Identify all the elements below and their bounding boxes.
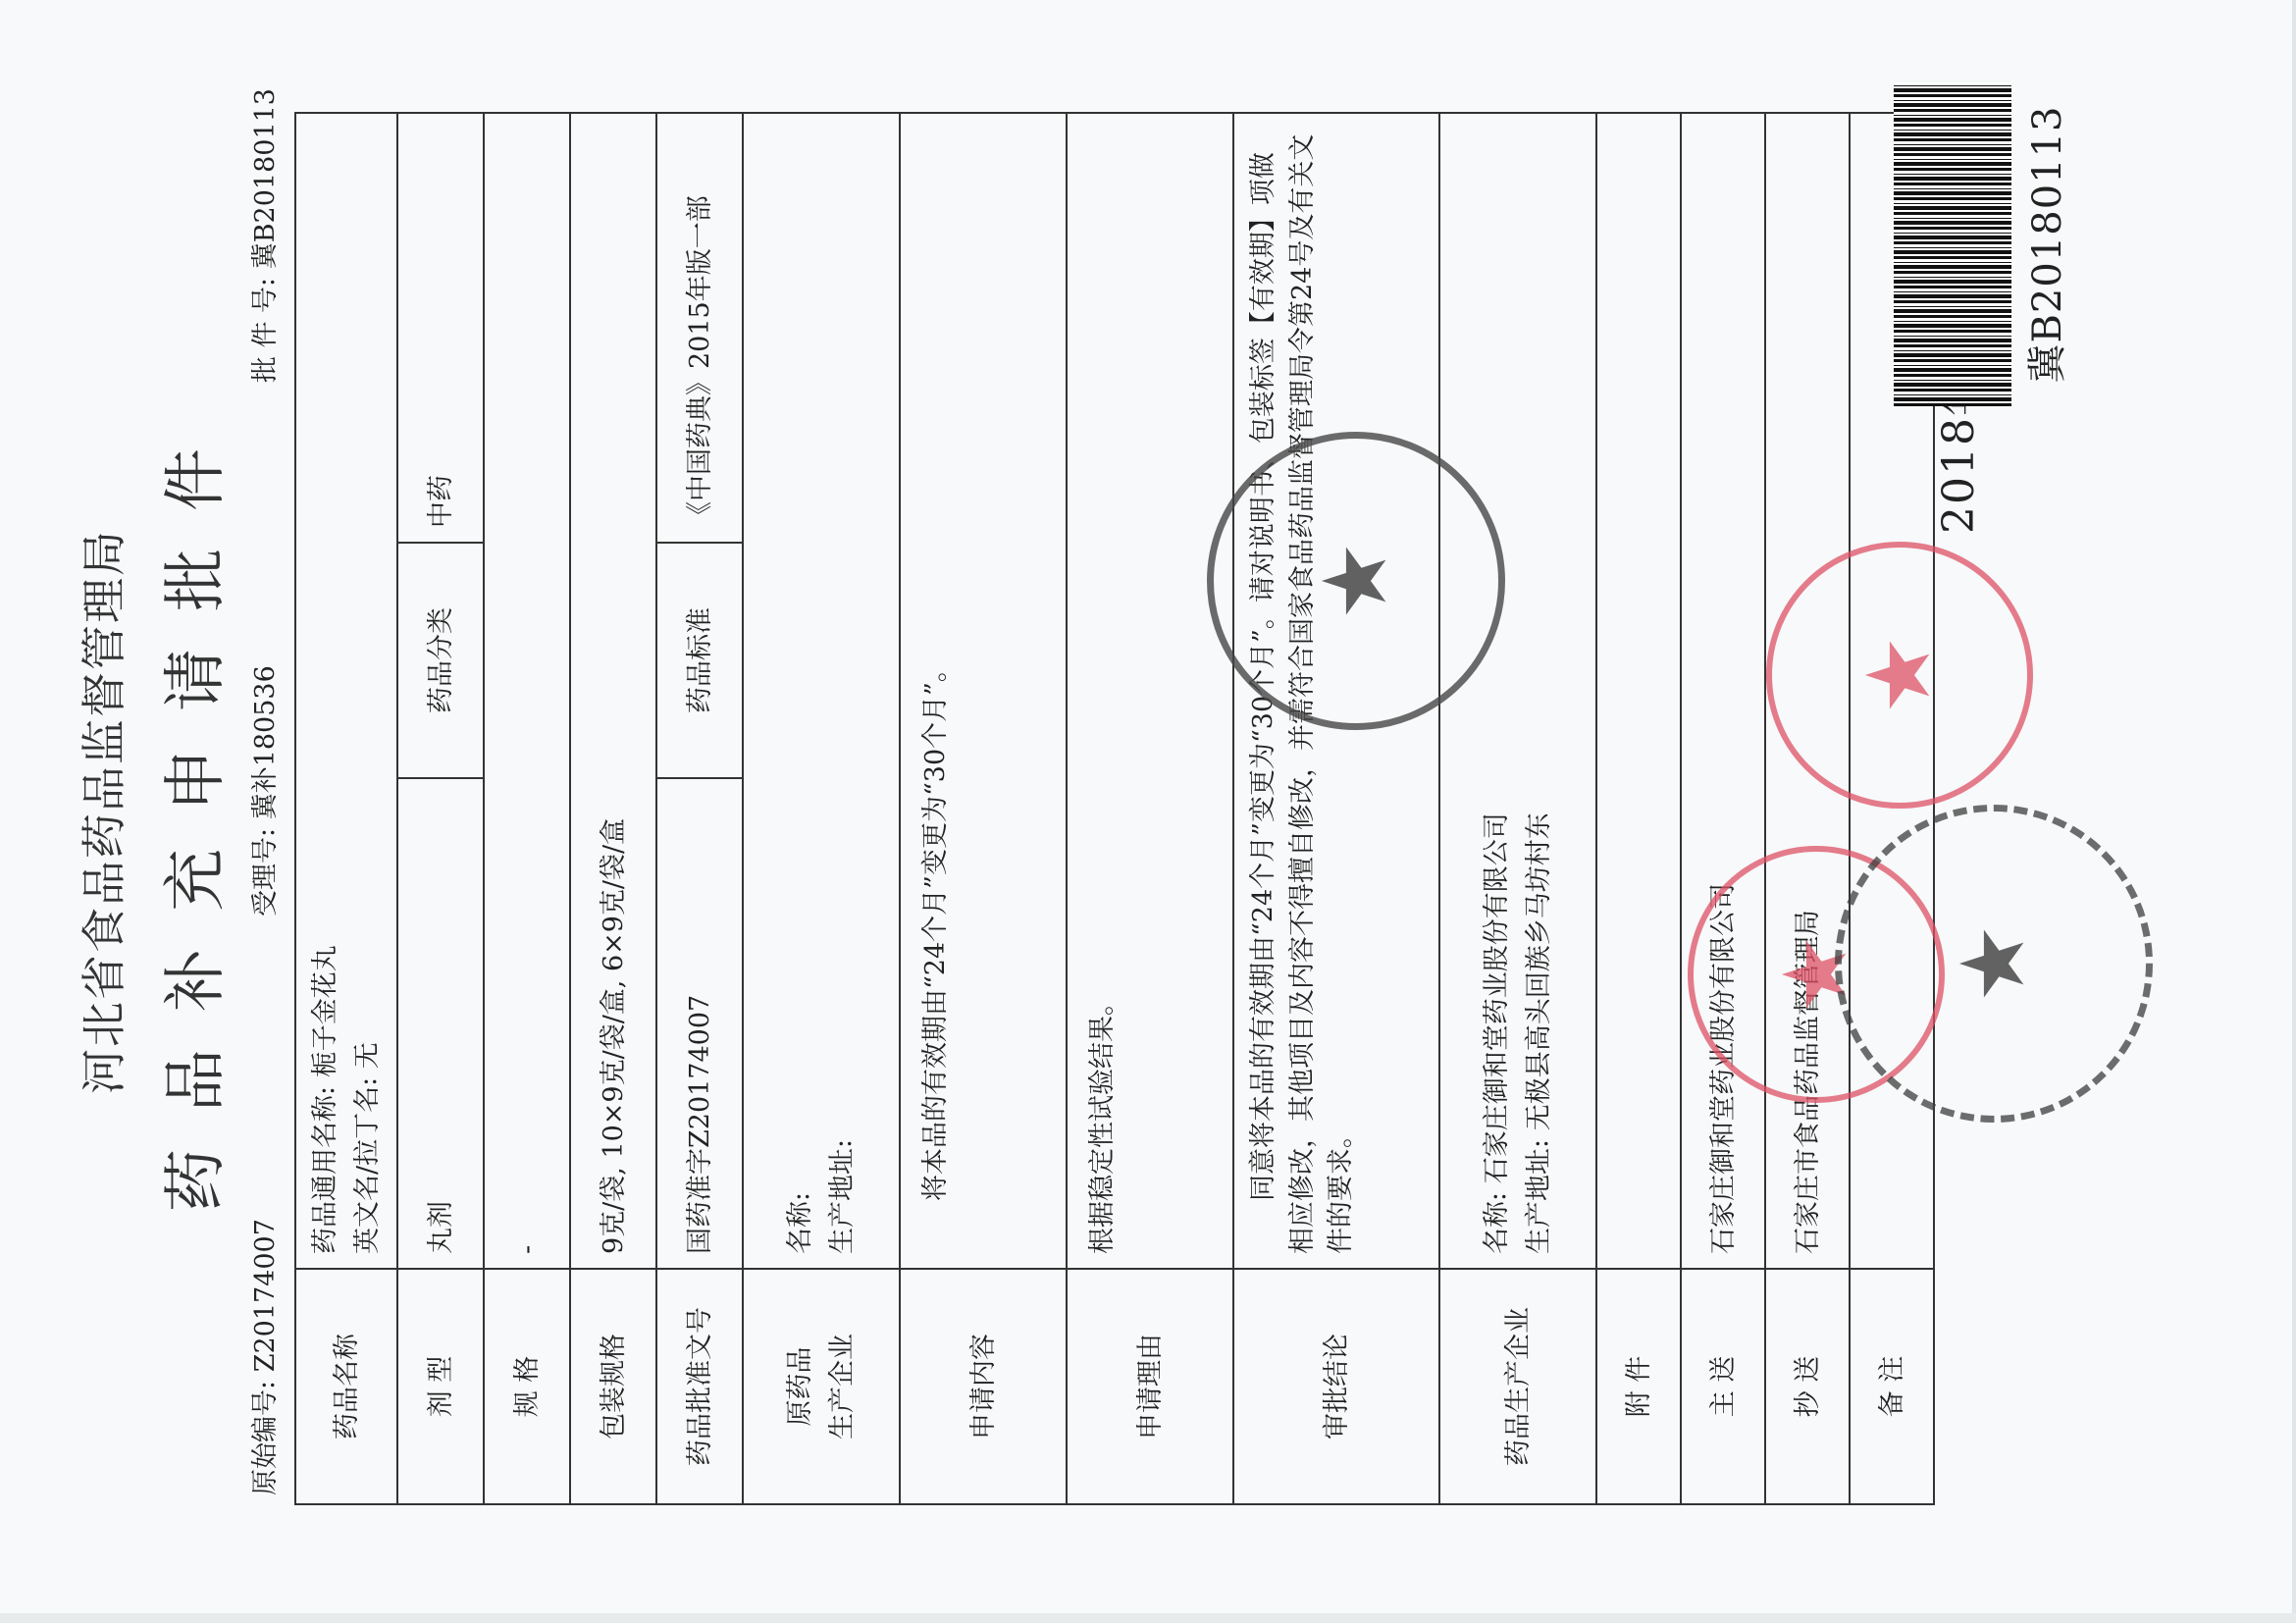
row-application-content: 申请内容 将本品的有效期由“24个月”变更为“30个月”。	[900, 113, 1067, 1504]
row-cc: 抄 送 石家庄市食品药品监督管理局	[1765, 113, 1850, 1504]
application-reason-label: 申请理由	[1067, 1269, 1233, 1504]
original-manufacturer-cell: 名称: 生产地址:	[743, 113, 900, 1269]
original-manufacturer-address: 生产地址:	[821, 128, 863, 1254]
cc-value: 石家庄市食品药品监督管理局	[1765, 113, 1850, 1269]
attachments-value	[1596, 113, 1681, 1269]
original-manufacturer-label-line2: 生产企业	[821, 1283, 863, 1490]
acceptance-number-label: 受理号:	[250, 828, 281, 916]
drug-name-label: 药品名称	[295, 1269, 397, 1504]
dosage-form-label: 剂 型	[397, 1269, 484, 1504]
document-title: 药品补充申请批件	[145, 0, 235, 1623]
row-original-manufacturer: 原药品 生产企业 名称: 生产地址:	[743, 113, 900, 1504]
manufacturer-cell: 名称: 石家庄御和堂药业股份有限公司 生产地址: 无极县高头回族乡马坊村东	[1439, 113, 1596, 1269]
document-meta: 原始编号: Z20174007 受理号: 冀补180536 批 件 号: 冀B2…	[243, 88, 283, 1495]
row-specification: 规 格 -	[484, 113, 570, 1504]
attachments-label: 附 件	[1596, 1269, 1681, 1504]
main-recipient-label: 主 送	[1681, 1269, 1765, 1504]
original-number-value: Z20174007	[250, 1219, 281, 1372]
cc-label: 抄 送	[1765, 1269, 1850, 1504]
generic-name-label: 药品通用名称:	[310, 1086, 340, 1254]
manufacturer-name: 名称: 石家庄御和堂药业股份有限公司	[1476, 128, 1518, 1254]
standard-label: 药品标准	[656, 543, 743, 778]
manufacturer-name-value: 石家庄御和堂药业股份有限公司	[1482, 812, 1512, 1183]
specification-value: -	[484, 113, 570, 1269]
row-manufacturer: 药品生产企业 名称: 石家庄御和堂药业股份有限公司 生产地址: 无极县高头回族乡…	[1439, 113, 1596, 1504]
remarks-label: 备 注	[1850, 1269, 1934, 1504]
document-page: 河北省食品药品监督管理局 药品补充申请批件 原始编号: Z20174007 受理…	[0, 0, 2296, 1623]
seal-star-icon: ★	[1950, 924, 2038, 1004]
row-attachments: 附 件	[1596, 113, 1681, 1504]
original-manufacturer-address-label: 生产地址:	[827, 1139, 858, 1254]
original-number: 原始编号: Z20174007	[243, 1219, 282, 1495]
issuing-agency: 河北省食品药品监督管理局	[69, 0, 133, 1623]
approval-number: 批 件 号: 冀B20180113	[243, 88, 282, 383]
english-name: 英文名/拉丁名: 无	[346, 128, 389, 1254]
classification-value: 中药	[397, 113, 484, 543]
dosage-form-value: 丸剂	[397, 778, 484, 1269]
barcode-label: 冀B20180113	[2016, 82, 2072, 406]
conclusion-value: 同意将本品的有效期由“24个月”变更为“30个月”。请对说明书、包装标签【有效期…	[1233, 113, 1439, 1269]
generic-name-value: 栀子金花丸	[310, 945, 340, 1077]
original-number-label: 原始编号:	[250, 1381, 281, 1495]
classification-label: 药品分类	[397, 543, 484, 778]
row-approval-doc: 药品批准文号 国药准字Z20174007 药品标准 《中国药典》2015年版一部	[656, 113, 743, 1504]
manufacturer-address: 生产地址: 无极县高头回族乡马坊村东	[1518, 128, 1560, 1254]
approval-number-label: 批 件 号:	[250, 278, 281, 383]
row-application-reason: 申请理由 根据稳定性试验结果。	[1067, 113, 1233, 1504]
packaging-label: 包装规格	[570, 1269, 656, 1504]
standard-value: 《中国药典》2015年版一部	[656, 113, 743, 543]
original-manufacturer-label: 原药品 生产企业	[743, 1269, 900, 1504]
english-name-value: 无	[352, 1042, 383, 1069]
row-drug-name: 药品名称 药品通用名称: 栀子金花丸 英文名/拉丁名: 无	[295, 113, 397, 1504]
application-reason-value: 根据稳定性试验结果。	[1067, 113, 1233, 1269]
main-recipient-value: 石家庄御和堂药业股份有限公司	[1681, 113, 1765, 1269]
barcode	[1894, 82, 2011, 406]
row-main-recipient: 主 送 石家庄御和堂药业股份有限公司	[1681, 113, 1765, 1504]
acceptance-number: 受理号: 冀补180536	[243, 665, 282, 916]
original-manufacturer-name-label: 名称:	[785, 1192, 815, 1254]
specification-label: 规 格	[484, 1269, 570, 1504]
row-packaging: 包装规格 9克/袋, 10×9克/袋/盒, 6×9克/袋/盒	[570, 113, 656, 1504]
manufacturer-name-label: 名称:	[1482, 1192, 1512, 1254]
approval-number-value: 冀B20180113	[250, 88, 281, 269]
manufacturer-address-value: 无极县高头回族乡马坊村东	[1524, 812, 1554, 1130]
approval-form-table: 药品名称 药品通用名称: 栀子金花丸 英文名/拉丁名: 无 剂 型 丸剂 药品分…	[294, 112, 1935, 1505]
original-manufacturer-name: 名称:	[779, 128, 821, 1254]
row-conclusion: 审批结论 同意将本品的有效期由“24个月”变更为“30个月”。请对说明书、包装标…	[1233, 113, 1439, 1504]
application-content-label: 申请内容	[900, 1269, 1067, 1504]
acceptance-number-value: 冀补180536	[250, 665, 281, 819]
approval-doc-label: 药品批准文号	[656, 1269, 743, 1504]
generic-name: 药品通用名称: 栀子金花丸	[304, 128, 346, 1254]
manufacturer-address-label: 生产地址:	[1524, 1139, 1554, 1254]
row-dosage-form: 剂 型 丸剂 药品分类 中药	[397, 113, 484, 1504]
english-name-label: 英文名/拉丁名:	[352, 1077, 383, 1254]
approval-doc-value: 国药准字Z20174007	[656, 778, 743, 1269]
manufacturer-label: 药品生产企业	[1439, 1269, 1596, 1504]
drug-name-cell: 药品通用名称: 栀子金花丸 英文名/拉丁名: 无	[295, 113, 397, 1269]
application-content-value: 将本品的有效期由“24个月”变更为“30个月”。	[900, 113, 1067, 1269]
original-manufacturer-label-line1: 原药品	[779, 1283, 821, 1490]
packaging-value: 9克/袋, 10×9克/袋/盒, 6×9克/袋/盒	[570, 113, 656, 1269]
conclusion-label: 审批结论	[1233, 1269, 1439, 1504]
